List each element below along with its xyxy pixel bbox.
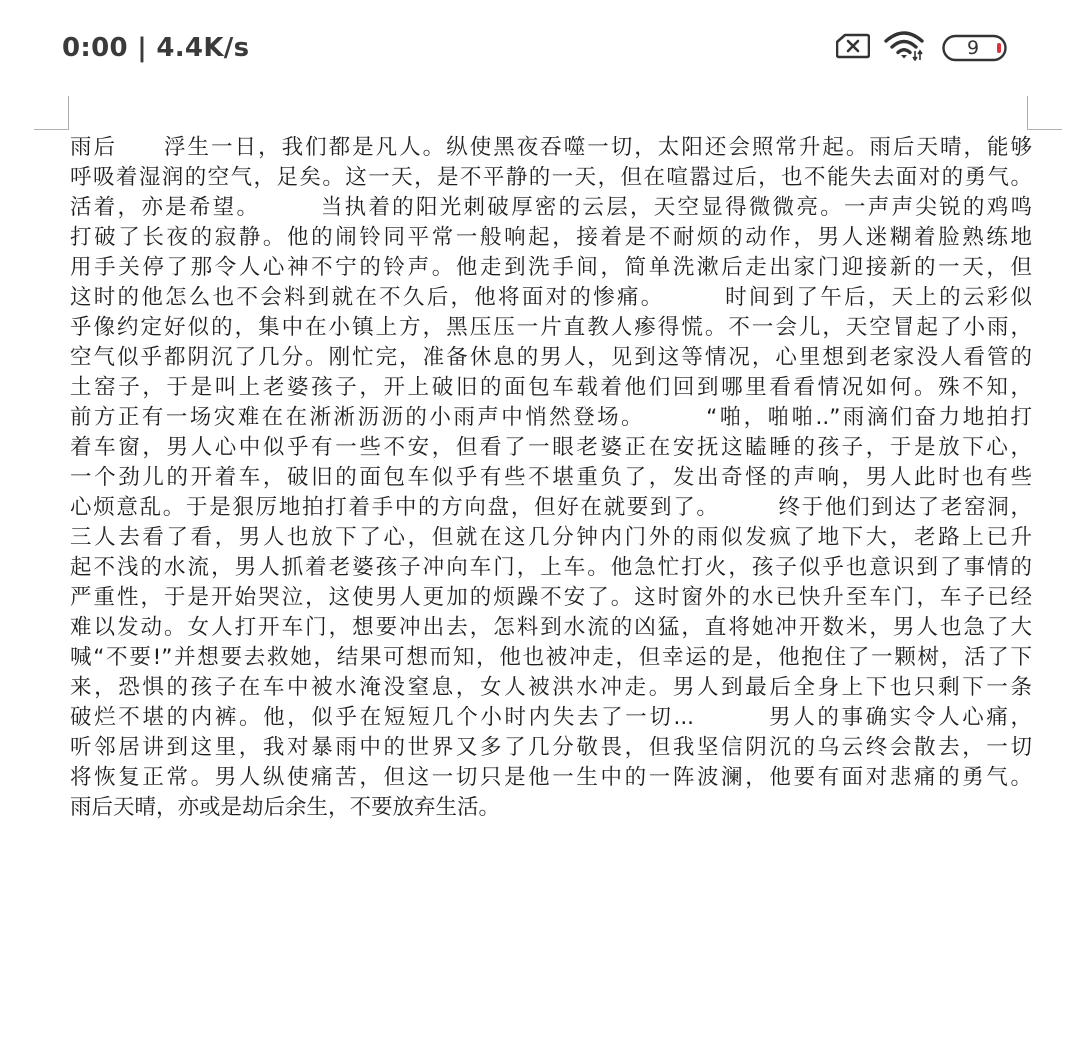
text-line: 起不浅的水流，男人抓着老婆孩子冲向车门，上车。他急忙打火，孩子似乎也意识到了事情…: [70, 553, 1032, 583]
text-line: 前方正有一场灾难在在淅淅沥沥的小雨声中悄然登场。 “啪，啪啪..”雨滴们奋力地拍…: [70, 403, 1032, 433]
battery-icon: 9: [942, 34, 1008, 62]
page-corner-mark-right: [1027, 96, 1062, 130]
page-corner-mark-left: [34, 96, 69, 130]
reader-text-content: 雨后 浮生一日，我们都是凡人。纵使黑夜吞噬一切，太阳还会照常升起。雨后天晴，能够…: [70, 133, 1032, 823]
no-sim-icon: [836, 33, 870, 63]
text-line: 难以发动。女人打开车门，想要冲出去，怎料到水流的凶猛，直将她冲开数米，男人也急了…: [70, 613, 1032, 643]
status-icons: 9: [836, 34, 1008, 62]
text-line: 严重性，于是开始哭泣，这使男人更加的烦躁不安了。这时窗外的水已快升至车门，车子已…: [70, 583, 1032, 613]
text-line: 心烦意乱。于是狠厉地拍打着手中的方向盘，但好在就要到了。 终于他们到达了老窑洞，: [70, 493, 1032, 523]
text-line: 这时的他怎么也不会料到就在不久后，他将面对的惨痛。 时间到了午后，天上的云彩似: [70, 283, 1032, 313]
text-line: 土窑子，于是叫上老婆孩子，开上破旧的面包车载着他们回到哪里看看情况如何。殊不知，: [70, 373, 1032, 403]
text-line: 将恢复正常。男人纵使痛苦，但这一切只是他一生中的一阵波澜，他要有面对悲痛的勇气。: [70, 763, 1032, 793]
text-line-last: 雨后天晴，亦或是劫后余生，不要放弃生活。: [70, 793, 1032, 823]
text-line: 呼吸着湿润的空气，足矣。这一天，是不平静的一天，但在喧嚣过后，也不能失去面对的勇…: [70, 163, 1032, 193]
text-line: 喊“不要!”并想要去救她，结果可想而知，他也被冲走，但幸运的是，他抱住了一颗树，…: [70, 643, 1032, 673]
wifi-icon: [884, 31, 928, 65]
text-line: 着车窗，男人心中似乎有一些不安，但看了一眼老婆正在安抚这瞌睡的孩子，于是放下心，: [70, 433, 1032, 463]
text-line: 乎像约定好似的，集中在小镇上方，黑压压一片直教人瘆得慌。不一会儿，天空冒起了小雨…: [70, 313, 1032, 343]
text-line: 空气似乎都阴沉了几分。刚忙完，准备休息的男人，见到这等情况，心里想到老家没人看管…: [70, 343, 1032, 373]
text-line: 来，恐惧的孩子在车中被水淹没窒息，女人被洪水冲走。男人到最后全身上下也只剩下一条: [70, 673, 1032, 703]
text-line: 活着，亦是希望。 当执着的阳光刺破厚密的云层，天空显得微微亮。一声声尖锐的鸡鸣: [70, 193, 1032, 223]
battery-level: 9: [964, 34, 982, 62]
text-line: 雨后 浮生一日，我们都是凡人。纵使黑夜吞噬一切，太阳还会照常升起。雨后天晴，能够: [70, 133, 1032, 163]
text-line: 一个劲儿的开着车，破旧的面包车似乎有些不堪重负了，发出奇怪的声响，男人此时也有些: [70, 463, 1032, 493]
text-line: 打破了长夜的寂静。他的闹铃同平常一般响起，接着是不耐烦的动作，男人迷糊着脸熟练地: [70, 223, 1032, 253]
text-line: 听邻居讲到这里，我对暴雨中的世界又多了几分敬畏，但我坚信阴沉的乌云终会散去，一切: [70, 733, 1032, 763]
status-time-speed: 0:00 | 4.4K/s: [62, 30, 249, 66]
status-bar: 0:00 | 4.4K/s 9: [0, 0, 1076, 90]
text-line: 用手关停了那令人心神不宁的铃声。他走到洗手间，简单洗漱后走出家门迎接新的一天，但: [70, 253, 1032, 283]
text-line: 三人去看了看，男人也放下了心，但就在这几分钟内门外的雨似发疯了地下大，老路上已升: [70, 523, 1032, 553]
text-line: 破烂不堪的内裤。他，似乎在短短几个小时内失去了一切... 男人的事确实令人心痛，: [70, 703, 1032, 733]
